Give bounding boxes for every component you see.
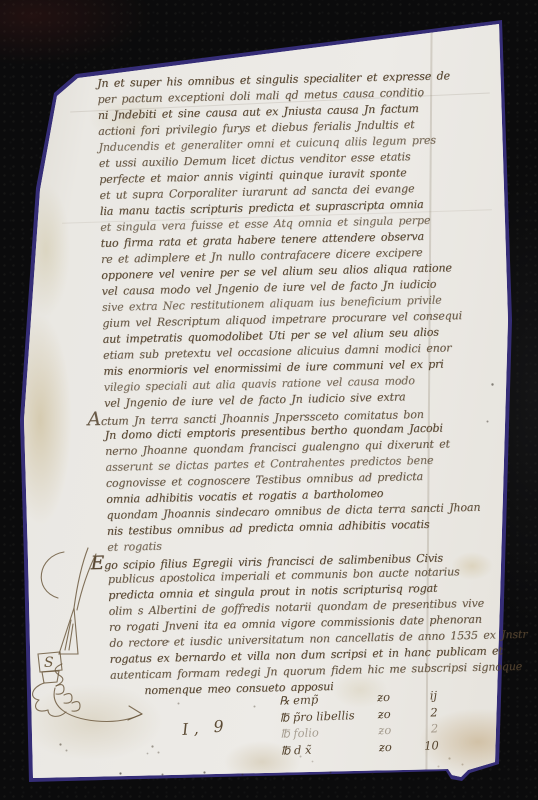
manuscript-text-block: Jn et super his omnibus et singulis spec… <box>97 68 493 700</box>
arrow-head <box>128 706 142 720</box>
fee-unit: ƶo <box>377 688 412 706</box>
fee-value: 10 <box>413 737 440 754</box>
fee-unit: ƶo <box>379 738 414 756</box>
registry-mark: I, 9 <box>181 716 229 739</box>
fee-label: ℔ folio <box>280 722 379 742</box>
fee-unit: ƶo <box>377 705 412 723</box>
signum-flourish-line-2 <box>77 554 96 610</box>
fee-value: ij <box>411 687 438 704</box>
fee-value: 2 <box>411 704 438 721</box>
fee-unit: ƶo <box>378 721 413 739</box>
dust-specks <box>0 0 1 1</box>
manuscript-photo: Jn et super his omnibus et singulis spec… <box>0 0 538 800</box>
fee-label: ℔ d x̃ <box>281 739 380 759</box>
arrow-start-curl <box>55 664 63 686</box>
arrow-sweep <box>54 688 142 722</box>
fee-value: 2 <box>412 720 439 737</box>
signum-bracket-flourish <box>41 552 64 598</box>
arrow-flourish <box>38 660 168 738</box>
fee-table: ℞ emp̃ƶoij℔ p̃ro libellisƶo2℔ folioƶo2℔ … <box>279 687 439 758</box>
